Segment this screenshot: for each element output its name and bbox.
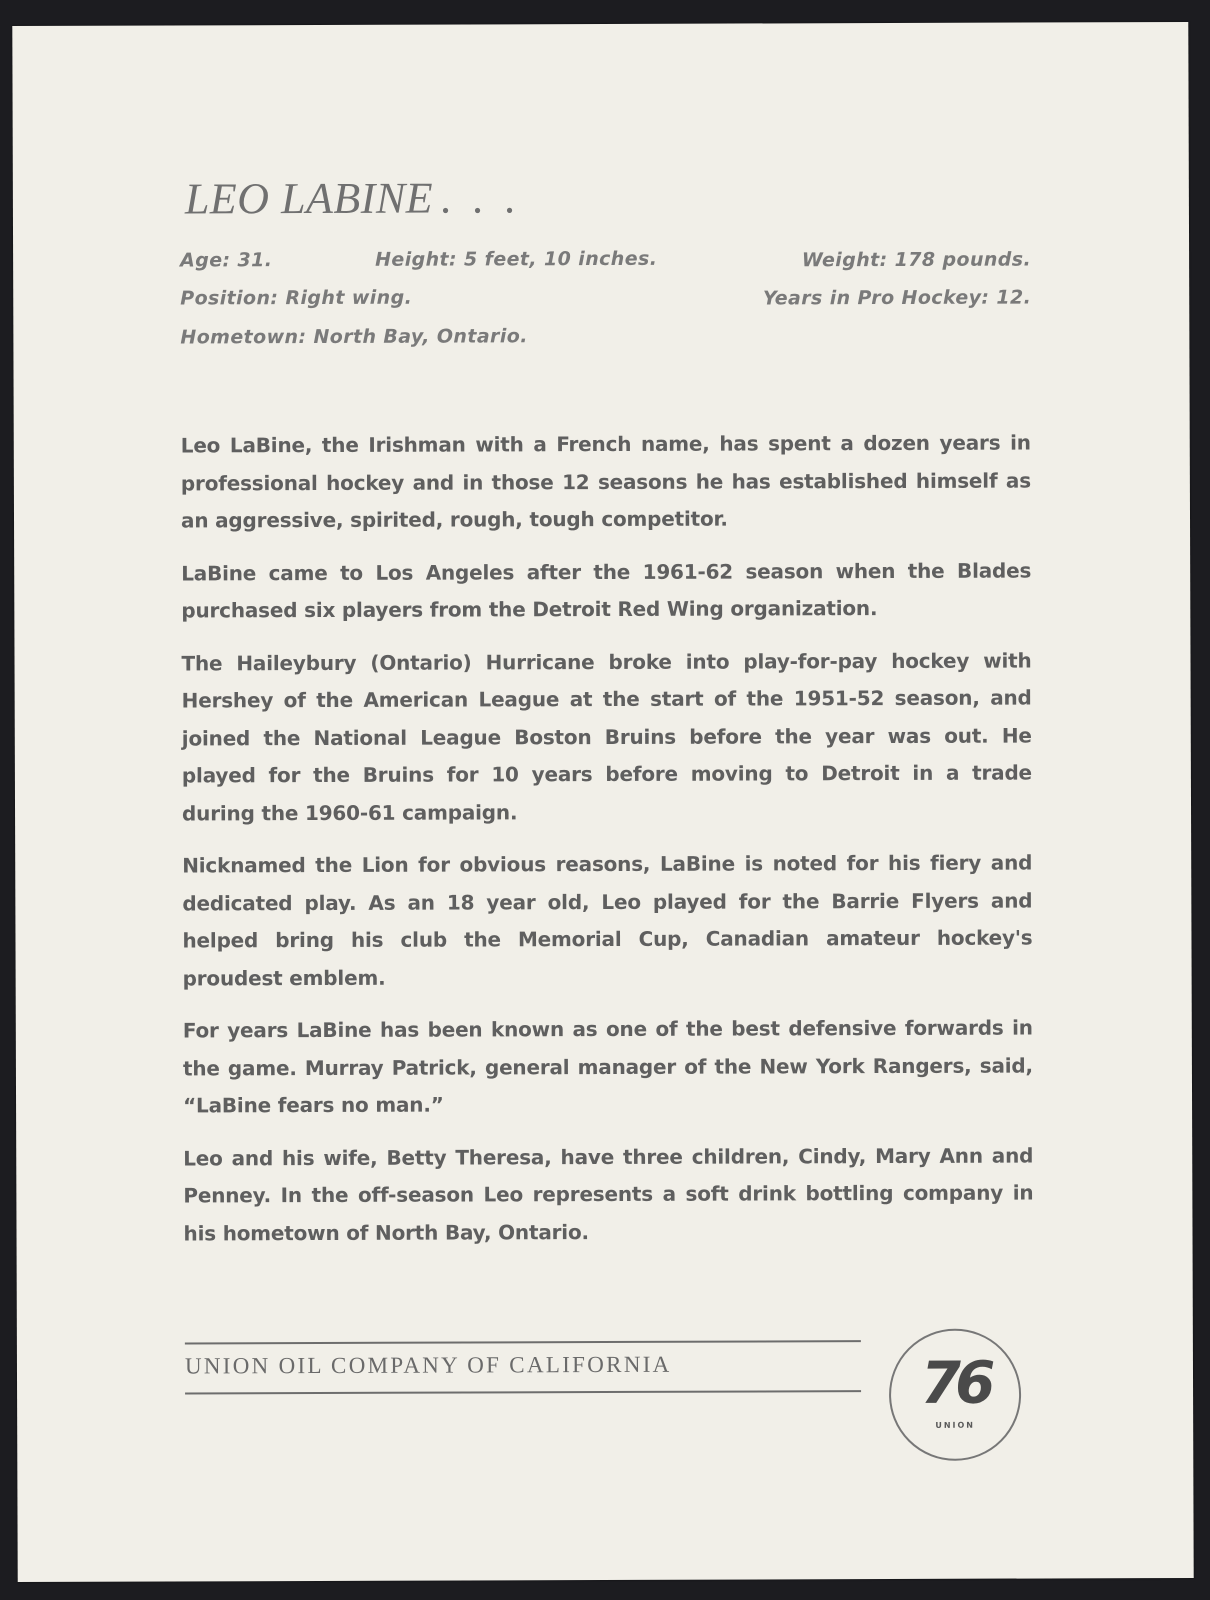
bio-paragraph: LaBine came to Los Angeles after the 196… (181, 552, 1031, 630)
footer-rule-bottom (185, 1390, 861, 1394)
player-name-heading: LEO LABINE. . . (185, 172, 521, 224)
bio-paragraph: Leo and his wife, Betty Theresa, have th… (183, 1137, 1033, 1252)
logo-word: UNION (891, 1421, 1019, 1430)
logo-number: 76 (891, 1349, 1019, 1417)
stat-years-pro: Years in Pro Hockey: 12. (763, 287, 1031, 310)
bio-paragraph: Nicknamed the Lion for obvious reasons, … (182, 845, 1033, 998)
player-card: LEO LABINE. . . Age: 31. Height: 5 feet,… (12, 22, 1193, 1582)
bio-paragraph: For years LaBine has been known as one o… (183, 1010, 1033, 1125)
stat-height: Height: 5 feet, 10 inches. (375, 248, 657, 271)
stat-position: Position: Right wing. (180, 287, 412, 310)
stat-age: Age: 31. (180, 249, 272, 271)
stat-weight: Weight: 178 pounds. (802, 249, 1031, 272)
player-name: LEO LABINE (185, 174, 433, 224)
footer-rule-top (185, 1340, 861, 1344)
title-ellipsis: . . . (441, 173, 521, 222)
biography: Leo LaBine, the Irishman with a French n… (181, 425, 1034, 1268)
stat-hometown: Hometown: North Bay, Ontario. (180, 325, 527, 348)
company-name: UNION OIL COMPANY OF CALIFORNIA (185, 1352, 672, 1380)
bio-paragraph: The Haileybury (Ontario) Hurricane broke… (181, 642, 1032, 832)
bio-paragraph: Leo LaBine, the Irishman with a French n… (181, 425, 1031, 540)
union-76-logo-icon: 76 UNION (889, 1329, 1021, 1461)
